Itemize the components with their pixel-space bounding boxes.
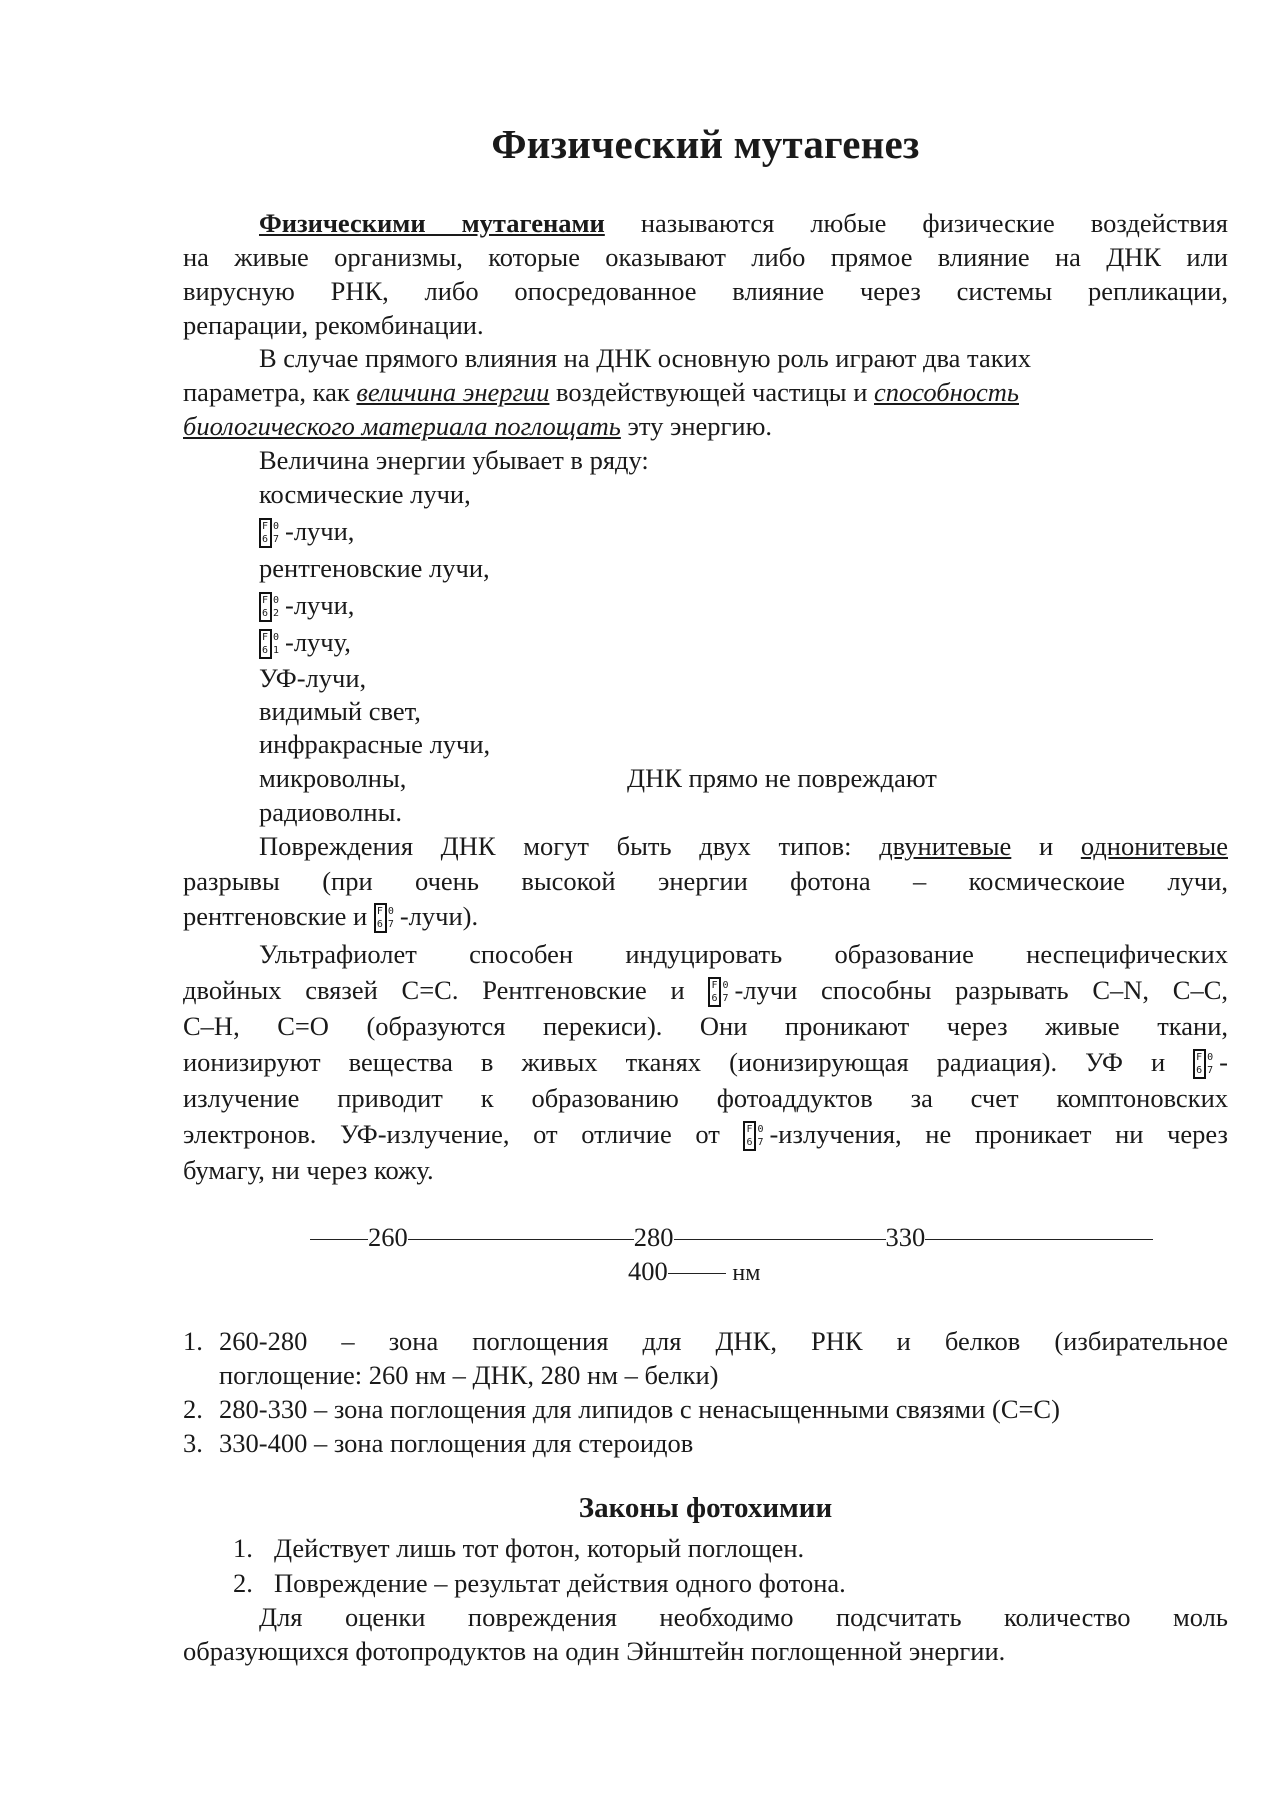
- damage-line-1: Повреждения ДНК могут быть двух типов: д…: [183, 829, 1228, 863]
- double-strand-term: двунитевые: [879, 831, 1011, 861]
- energy-item: УФ-лучи,: [259, 661, 366, 695]
- scale-mark: 400: [628, 1256, 668, 1286]
- final-line-1: Для оценки повреждения необходимо подсчи…: [183, 1600, 1228, 1634]
- uv-line-1: Ультрафиолет способен индуцировать образ…: [183, 937, 1228, 971]
- scale-unit: нм: [732, 1260, 760, 1286]
- section-title-photochemistry: Законы фотохимии: [183, 1492, 1228, 1525]
- damage-line-3: рентгеновские и F607-лучи).: [183, 899, 478, 933]
- energy-item: F602-лучи,: [259, 588, 354, 622]
- energy-heading: Величина энергии убывает в ряду:: [259, 443, 649, 477]
- missing-glyph-gamma-icon: F607: [259, 518, 272, 548]
- intro-line-2: на живые организмы, которые оказывают ли…: [183, 240, 1228, 274]
- emphasis-absorb: биологического материала поглощать: [183, 411, 621, 441]
- direct-line-3: биологического материала поглощать эту э…: [183, 409, 772, 443]
- uv-line-2: двойных связей С=С. Рентгеновские и F607…: [183, 973, 1228, 1007]
- energy-item: радиоволны.: [259, 795, 402, 829]
- law-item: 1. Действует лишь тот фотон, который пог…: [233, 1531, 1133, 1565]
- energy-item: рентгеновские лучи,: [259, 551, 490, 585]
- missing-glyph-gamma-icon: F607: [374, 903, 387, 933]
- missing-glyph-gamma-icon: F607: [1193, 1049, 1206, 1079]
- missing-glyph-gamma-icon: F607: [743, 1121, 756, 1151]
- direct-line-2: параметра, как величина энергии воздейст…: [183, 375, 1019, 409]
- zone-item: 3. 330-400 – зона поглощения для стероид…: [183, 1426, 1228, 1460]
- energy-item: F601-лучу,: [259, 625, 351, 659]
- scale-mark: 280: [634, 1222, 674, 1252]
- uv-line-3: С–Н, С=О (образуются перекиси). Они прон…: [183, 1009, 1228, 1043]
- uv-line-4: ионизируют вещества в живых тканях (иони…: [183, 1045, 1228, 1079]
- zone-item: 1. 260-280 – зона поглощения для ДНК, РН…: [183, 1324, 1228, 1358]
- energy-item: F607-лучи,: [259, 514, 354, 548]
- missing-glyph-gamma-icon: F607: [708, 977, 721, 1007]
- emphasis-energy: величина энергии: [356, 377, 549, 407]
- wavelength-scale: 260280330: [310, 1222, 1153, 1253]
- energy-item: инфракрасные лучи,: [259, 727, 490, 761]
- energy-item: микроволны,: [259, 761, 406, 795]
- document-title: Физический мутагенез: [183, 120, 1228, 168]
- uv-line-5: излучение приводит к образованию фотоадд…: [183, 1081, 1228, 1115]
- single-strand-term: однонитевые: [1081, 831, 1228, 861]
- intro-line-1: Физическими мутагенами называются любые …: [183, 206, 1228, 240]
- term-physical-mutagens: Физическими мутагенами: [259, 208, 605, 238]
- uv-line-6: электронов. УФ-излучение, от отличие от …: [183, 1117, 1228, 1151]
- scale-mark: 330: [886, 1222, 926, 1252]
- law-item: 2. Повреждение – результат действия одно…: [233, 1566, 1133, 1600]
- wavelength-scale-end: 400 нм: [628, 1256, 760, 1287]
- scale-mark: 260: [368, 1222, 408, 1252]
- missing-glyph-beta-icon: F602: [259, 592, 272, 622]
- zone-item-continuation: поглощение: 260 нм – ДНК, 280 нм – белки…: [219, 1358, 719, 1392]
- energy-note: ДНК прямо не повреждают: [627, 761, 937, 795]
- intro-line-4: репарации, рекомбинации.: [183, 308, 1228, 342]
- direct-line-1: В случае прямого влияния на ДНК основную…: [259, 341, 1031, 375]
- final-line-2: образующихся фотопродуктов на один Эйншт…: [183, 1634, 1228, 1668]
- energy-item: космические лучи,: [259, 477, 471, 511]
- damage-line-2: разрывы (при очень высокой энергии фотон…: [183, 864, 1228, 898]
- uv-line-7: бумагу, ни через кожу.: [183, 1153, 1228, 1187]
- energy-item: видимый свет,: [259, 694, 421, 728]
- intro-line-3: вирусную РНК, либо опосредованное влияни…: [183, 274, 1228, 308]
- emphasis-ability: способность: [874, 377, 1019, 407]
- zone-item: 2. 280-330 – зона поглощения для липидов…: [183, 1392, 1228, 1426]
- missing-glyph-alpha-icon: F601: [259, 629, 272, 659]
